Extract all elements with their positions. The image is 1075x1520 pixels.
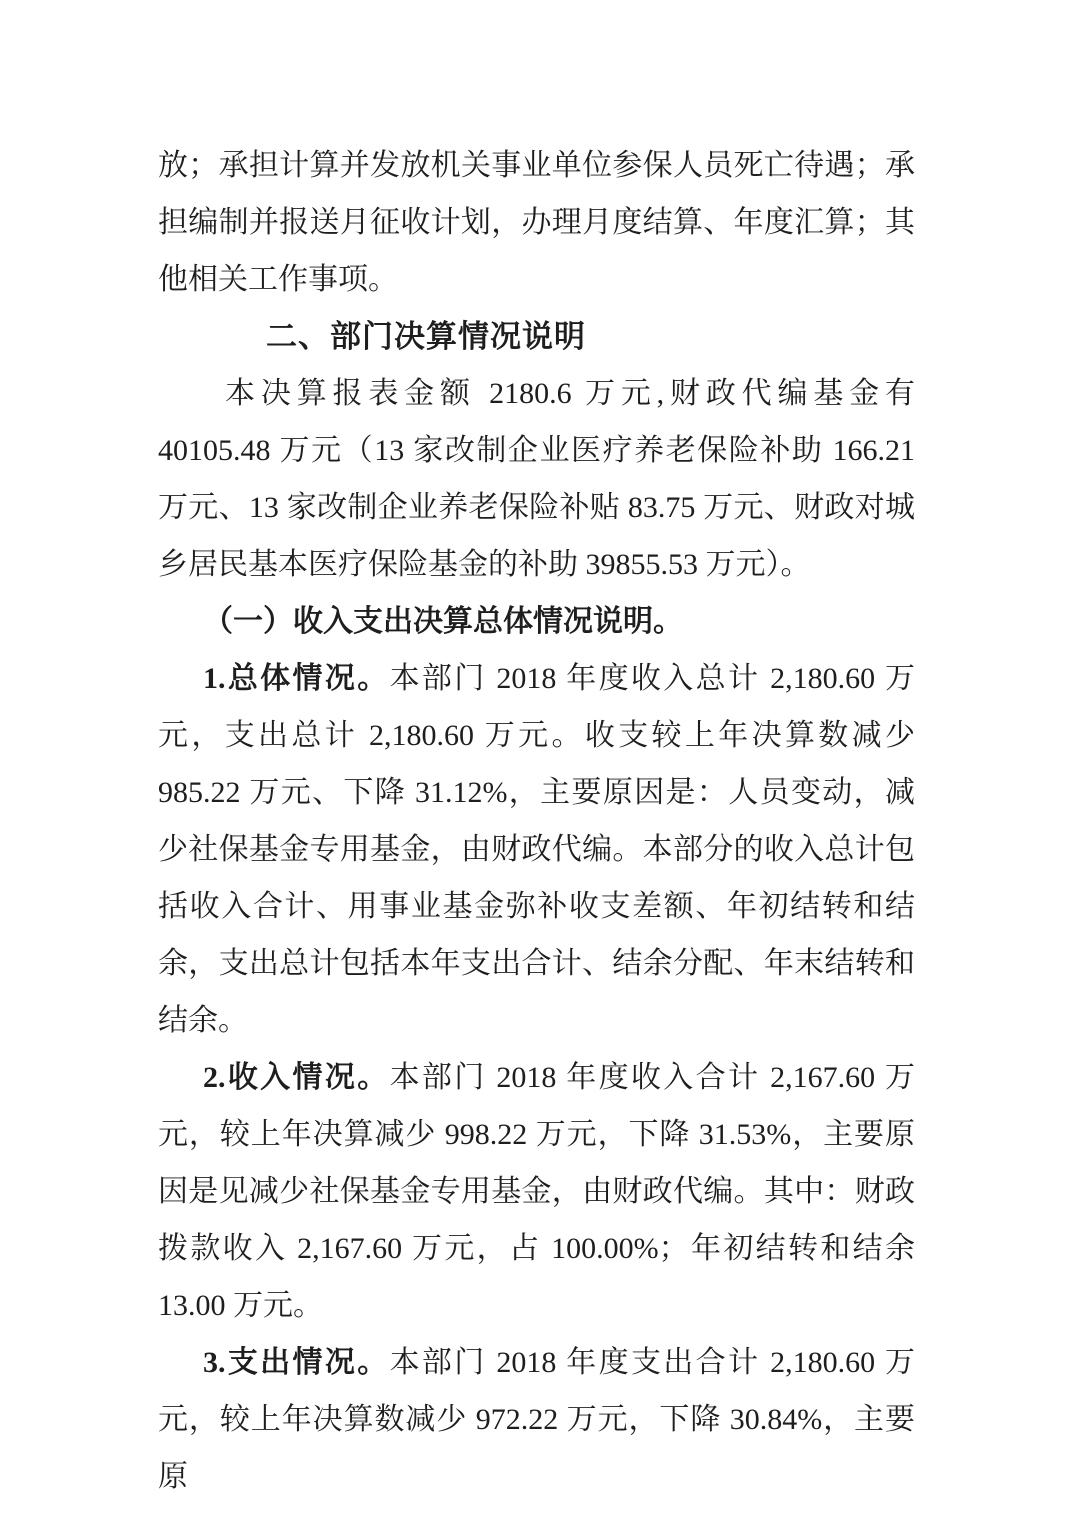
paragraph-continuation: 放；承担计算并发放机关事业单位参保人员死亡待遇；承担编制并报送月征收计划，办理月… — [158, 137, 915, 308]
item-label-income: 2.收入情况。 — [203, 1061, 390, 1094]
paragraph-item-income: 2.收入情况。本部门 2018 年度收入合计 2,167.60 万元，较上年决算… — [158, 1049, 915, 1334]
paragraph-item-overall: 1.总体情况。本部门 2018 年度收入总计 2,180.60 万元，支出总计 … — [158, 650, 915, 1049]
subsection-heading: （一）收入支出决算总体情况说明。 — [158, 593, 915, 650]
section-heading: 二、部门决算情况说明 — [158, 308, 915, 365]
item-label-expenditure: 3.支出情况。 — [203, 1346, 390, 1379]
paragraph-summary: 本决算报表金额 2180.6 万元,财政代编基金有 40105.48 万元（13… — [158, 365, 915, 593]
item-text-income: 本部门 2018 年度收入合计 2,167.60 万元，较上年决算减少 998.… — [158, 1061, 915, 1322]
paragraph-item-expenditure: 3.支出情况。本部门 2018 年度支出合计 2,180.60 万元，较上年决算… — [158, 1334, 915, 1505]
item-label-overall: 1.总体情况。 — [203, 662, 390, 695]
document-page: 放；承担计算并发放机关事业单位参保人员死亡待遇；承担编制并报送月征收计划，办理月… — [0, 0, 1075, 1520]
item-text-overall: 本部门 2018 年度收入总计 2,180.60 万元，支出总计 2,180.6… — [158, 662, 915, 1037]
